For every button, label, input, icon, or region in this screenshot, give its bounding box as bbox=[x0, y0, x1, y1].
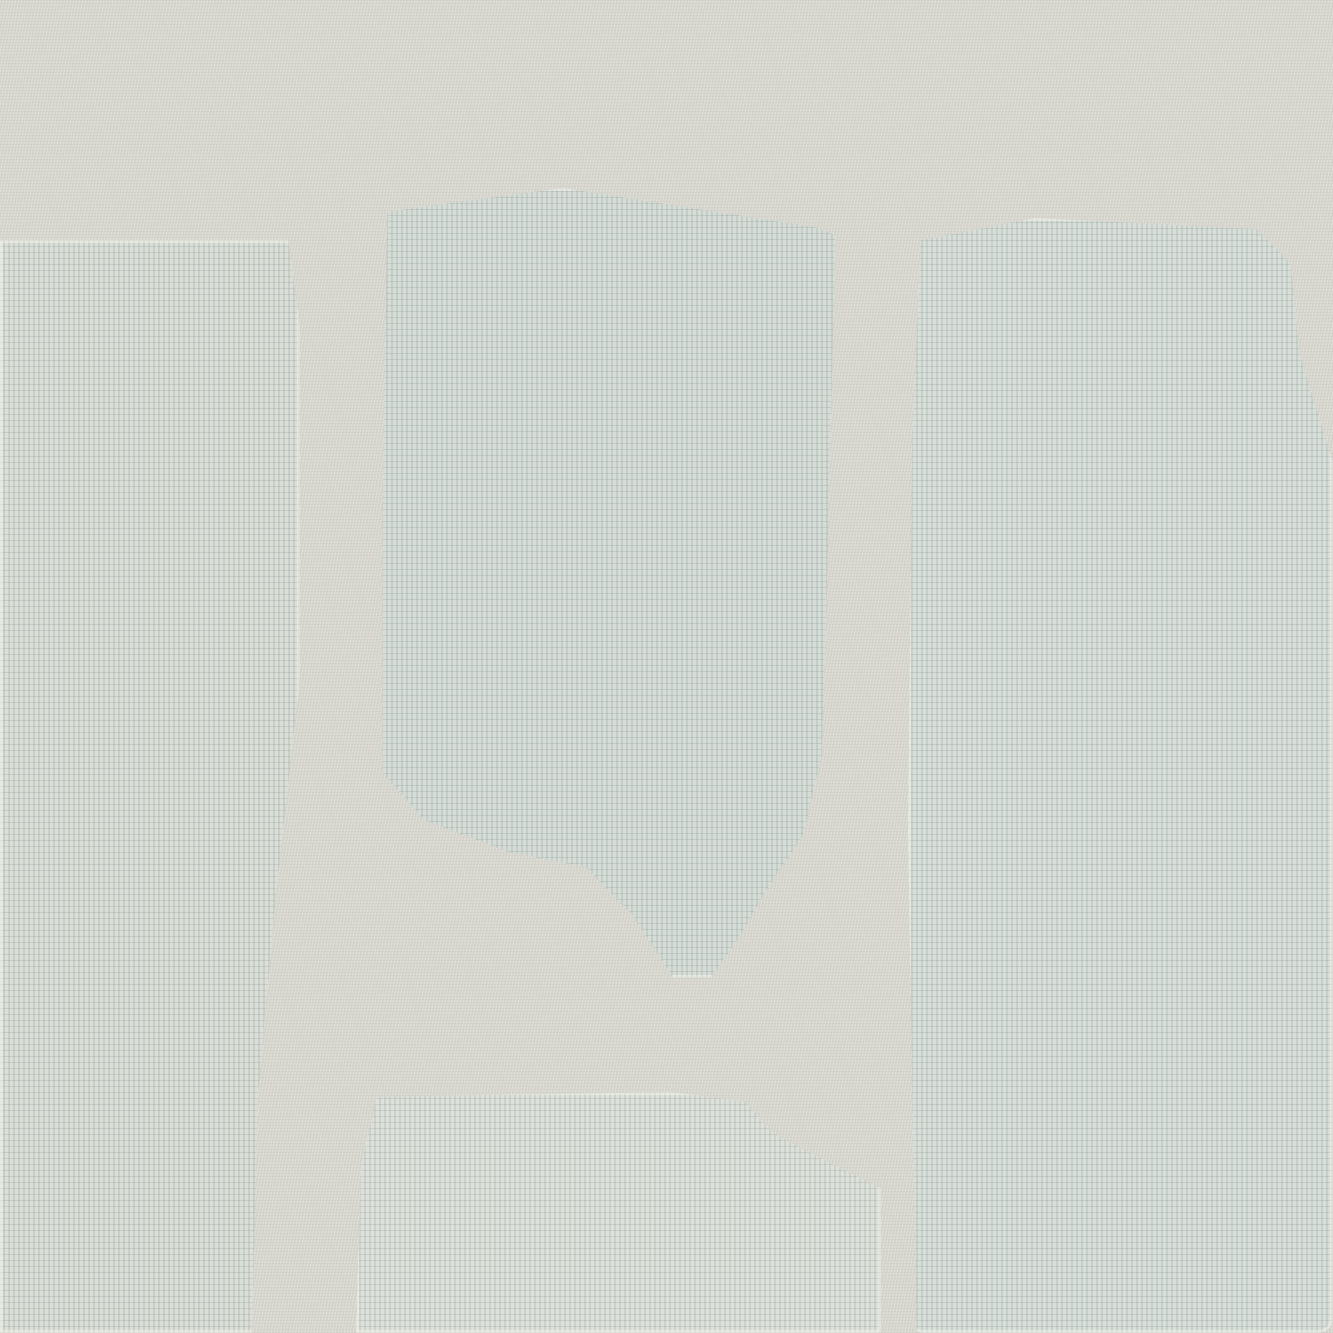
center-lower-patch bbox=[356, 1092, 881, 1333]
right-column-patch bbox=[908, 218, 1333, 1333]
rug-photo: Close-up photograph of a hand-woven rug:… bbox=[0, 0, 1333, 1333]
center-upper-patch bbox=[378, 188, 840, 978]
left-column-patch bbox=[0, 240, 300, 1333]
image-description: Close-up photograph of a hand-woven rug:… bbox=[0, 0, 1, 1]
